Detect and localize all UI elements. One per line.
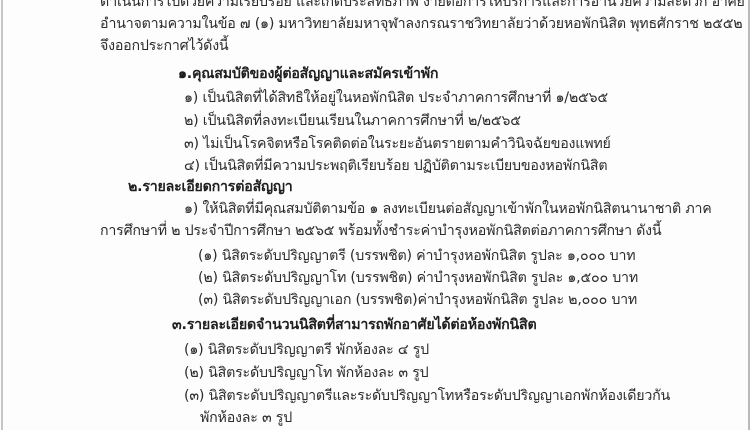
section-1-item-2: ๒) เป็นนิสิตที่ลงทะเบียนเรียนในภาคการศึก… (184, 111, 521, 131)
fee-master: (๒) นิสิตระดับปริญญาโท (บรรพชิต) ค่าบำรุ… (198, 268, 638, 288)
section-1-item-1: ๑) เป็นนิสิตที่ได้สิทธิให้อยู่ในหอพักนิส… (184, 88, 608, 108)
intro-line-3: จึงออกประกาศไว้ดังนี้ (100, 36, 228, 56)
section-2-paragraph-line-2: การศึกษาที่ ๒ ประจำปีการศึกษา ๒๕๖๕ พร้อม… (100, 221, 661, 241)
scanned-document-page: ดำเนินการไปด้วยความเรียบร้อย และเกิดประส… (0, 0, 750, 430)
section-3-item-1: (๑) นิสิตระดับปริญญาตรี พักห้องละ ๔ รูป (184, 340, 429, 360)
section-2-paragraph-line-1: ๑) ให้นิสิตที่มีคุณสมบัติตามข้อ ๑ ลงทะเบ… (184, 199, 712, 219)
section-3-item-3-continuation: พักห้องละ ๓ รูป (200, 408, 292, 428)
section-2-heading: ๒.รายละเอียดการต่อสัญญา (128, 177, 293, 197)
section-3-item-3: (๓) นิสิตระดับปริญญาตรีและระดับปริญญาโทห… (184, 386, 670, 406)
section-1-item-4: ๔) เป็นนิสิตที่มีความประพฤติเรียบร้อย ปฏ… (184, 156, 607, 176)
intro-line-1-cut: ดำเนินการไปด้วยความเรียบร้อย และเกิดประส… (100, 0, 745, 12)
section-1-item-3: ๓) ไม่เป็นโรคจิตหรือโรคติดต่อในระยะอันตร… (184, 134, 611, 154)
intro-line-2: อำนาจตามความในข้อ ๗ (๑) มหาวิทยาลัยมหาจุ… (100, 14, 742, 34)
page-left-border (1, 0, 3, 430)
fee-doctoral: (๓) นิสิตระดับปริญญาเอก (บรรพชิต)ค่าบำรุ… (198, 290, 637, 310)
section-3-heading: ๓.รายละเอียดจำนวนนิสิตที่สามารถพักอาศัยไ… (172, 315, 536, 335)
section-3-item-2: (๒) นิสิตระดับปริญญาโท พักห้องละ ๓ รูป (184, 363, 428, 383)
fee-bachelor: (๑) นิสิตระดับปริญญาตรี (บรรพชิต) ค่าบำร… (198, 246, 635, 266)
section-1-heading: ๑.คุณสมบัติของผู้ต่อสัญญาและสมัครเข้าพัก (178, 64, 438, 84)
